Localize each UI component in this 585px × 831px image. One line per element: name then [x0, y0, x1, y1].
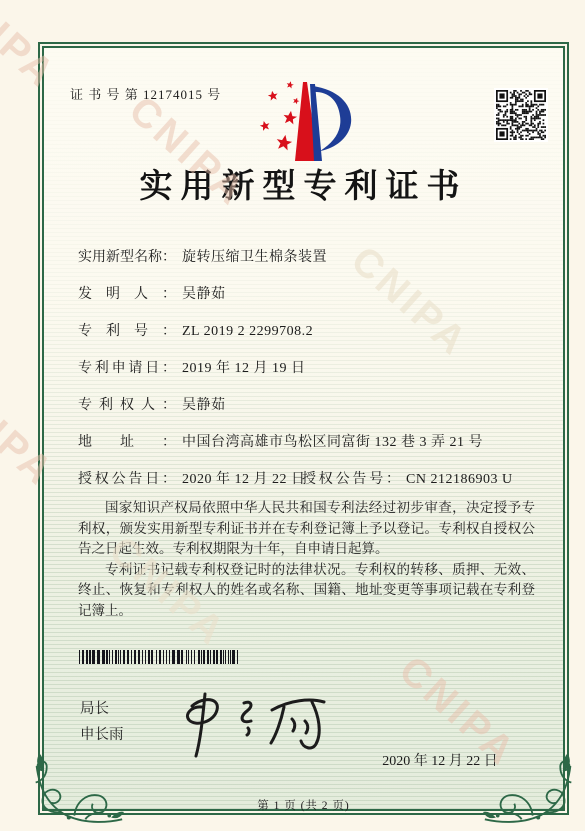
grant-number-label: 授权公告号：	[302, 469, 400, 491]
field-label: 专利号：	[78, 321, 176, 343]
field-value: 中国台湾高雄市鸟松区同富街 132 巷 3 弄 21 号	[182, 432, 483, 454]
qr-code	[494, 88, 548, 142]
patent-certificate-page: CNIPA CNIPA CNIPA CNIPA CNIPA CNIPA 证 书 …	[0, 0, 585, 831]
grant-number-value: CN 212186903 U	[406, 469, 513, 491]
field-row: 地址：中国台湾高雄市鸟松区同富街 132 巷 3 弄 21 号	[78, 432, 539, 454]
field-row: 专利申请日：2019 年 12 月 19 日	[78, 358, 539, 380]
floral-corner-ornament-icon	[483, 731, 575, 823]
grant-date-value: 2020 年 12 月 22 日	[182, 469, 302, 491]
field-label: 地址：	[78, 432, 176, 454]
field-value: ZL 2019 2 2299708.2	[182, 321, 313, 343]
director-title: 局长	[80, 696, 124, 722]
legal-paragraph: 专利证书记载专利权登记时的法律状况。专利权的转移、质押、无效、终止、恢复和专利权…	[78, 560, 535, 622]
cnipa-logo-icon	[245, 78, 359, 166]
field-row: 实用新型名称：旋转压缩卫生棉条装置	[78, 247, 539, 269]
field-label: 专利申请日：	[78, 358, 176, 380]
field-row: 专利权人：吴静茹	[78, 395, 539, 417]
legal-text-section: 国家知识产权局依照中华人民共和国专利法经过初步审查，决定授予专利权，颁发实用新型…	[78, 498, 535, 621]
grant-date-label: 授权公告日：	[78, 469, 176, 491]
fields-section: 实用新型名称：旋转压缩卫生棉条装置 发明人：吴静茹 专利号：ZL 2019 2 …	[78, 247, 539, 506]
legal-paragraph: 国家知识产权局依照中华人民共和国专利法经过初步审查，决定授予专利权，颁发实用新型…	[78, 498, 535, 560]
field-value: 吴静茹	[182, 395, 226, 417]
grant-row: 授权公告日：2020 年 12 月 22 日授权公告号：CN 212186903…	[78, 469, 539, 491]
field-value: 2019 年 12 月 19 日	[182, 358, 306, 380]
field-label: 实用新型名称：	[78, 247, 176, 269]
field-label: 专利权人：	[78, 395, 176, 417]
field-label: 发明人：	[78, 284, 176, 306]
floral-corner-ornament-icon	[32, 731, 124, 823]
barcode	[78, 650, 241, 664]
field-row: 专利号：ZL 2019 2 2299708.2	[78, 321, 539, 343]
director-signature	[174, 690, 334, 760]
certificate-number: 证 书 号 第 12174015 号	[70, 84, 221, 103]
field-value: 吴静茹	[182, 284, 226, 306]
certificate-title: 实用新型专利证书	[40, 160, 567, 207]
field-value: 旋转压缩卫生棉条装置	[182, 247, 327, 269]
field-row: 发明人：吴静茹	[78, 284, 539, 306]
certificate-frame: 证 书 号 第 12174015 号 实用新型专利证书 实用新型名称	[38, 42, 569, 815]
